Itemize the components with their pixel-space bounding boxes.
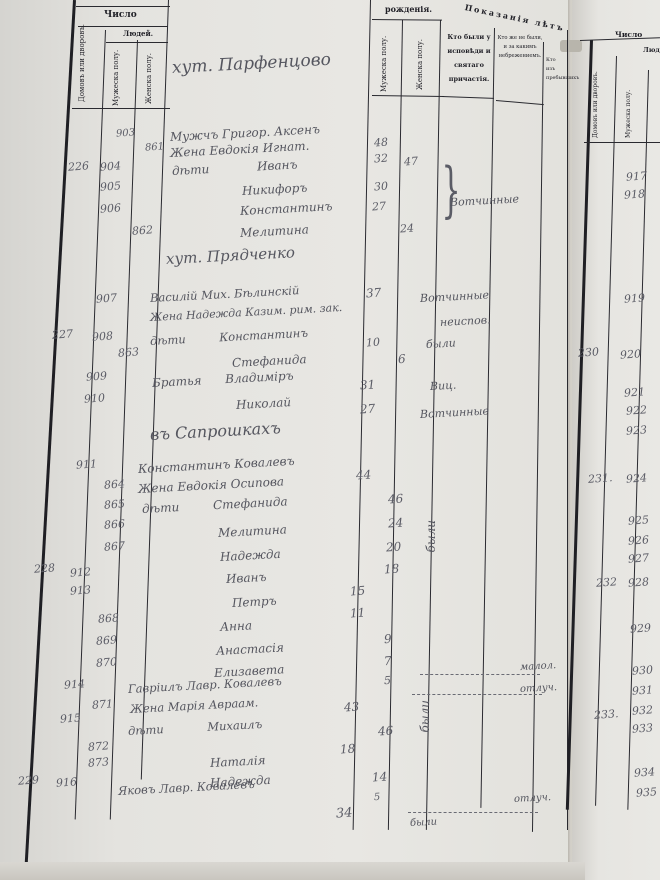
row-f-num: 862: [132, 223, 154, 237]
row-age-m: 18: [340, 741, 356, 756]
row-f-num: 861: [145, 141, 165, 153]
row-f-num: 871: [92, 697, 114, 711]
row-age-m: 10: [366, 336, 381, 350]
binding-clip: [560, 40, 582, 52]
male-num: 930: [632, 663, 654, 677]
house-num: 230: [578, 345, 600, 359]
male-num: 932: [632, 703, 654, 717]
row-m-num: 913: [70, 583, 92, 597]
right-header-lyudey: Людей.: [643, 46, 660, 54]
row-age-f: 46: [378, 723, 394, 738]
row-status-note: отлуч.: [520, 682, 558, 695]
row-m-num: 905: [100, 179, 122, 193]
row-age-f: 7: [384, 654, 393, 668]
row-m-num: 903: [116, 127, 136, 139]
row-age-f: 14: [372, 769, 388, 784]
row-f-num: 864: [104, 477, 126, 491]
male-num: 928: [628, 575, 650, 589]
row-age-m: 48: [374, 136, 389, 150]
left-page-edge: [567, 30, 568, 830]
row-age-m: 27: [372, 200, 387, 214]
male-num: 920: [620, 347, 642, 361]
male-num: 919: [624, 291, 646, 305]
row-confession-note: были: [426, 336, 456, 351]
row-age-m: 31: [360, 377, 376, 392]
male-num: 927: [628, 551, 650, 565]
row-age-f: 20: [386, 539, 402, 554]
male-num: 917: [626, 169, 648, 183]
page-bottom-edge: [0, 862, 585, 880]
row-m-num: 911: [76, 457, 98, 471]
row-status-note: отлуч.: [514, 792, 552, 805]
row-name: Николай: [236, 395, 292, 412]
right-header-chislo: Число: [615, 30, 642, 39]
row-f-num: 863: [118, 345, 140, 359]
header-zhen: Женска полу.: [145, 46, 153, 104]
header-kto-ne-byli: Кто же не были, и за какимъ небрежениемъ…: [496, 34, 544, 61]
male-num: 929: [630, 621, 652, 635]
header-rozhdeniya: рожденія.: [385, 4, 432, 14]
row-age-m: 34: [335, 805, 353, 821]
row-age-f: 24: [388, 515, 404, 530]
row-age-m: 32: [374, 152, 389, 166]
dash-leader: [420, 674, 540, 675]
header-kto-byli: Кто были у исповѣди и святаго причастія.: [444, 30, 494, 86]
male-num: 923: [626, 423, 648, 437]
row-house-num: 226: [68, 159, 90, 173]
row-m-num: 912: [70, 565, 92, 579]
row-house-num: 228: [34, 561, 56, 575]
row-age-f: 18: [384, 561, 400, 576]
row-age-m: 44: [356, 467, 372, 482]
row-age-m: 37: [366, 285, 382, 300]
row-name: Иванъ: [226, 570, 267, 586]
row-m-num: 909: [86, 369, 108, 383]
row-f-num: 868: [98, 611, 120, 625]
row-f-num: 867: [104, 539, 126, 553]
male-num: 924: [626, 471, 648, 485]
row-age-m: 43: [344, 699, 360, 714]
male-num: 922: [626, 403, 648, 417]
male-num: 925: [628, 513, 650, 527]
row-name: Анна: [220, 618, 253, 634]
row-m-num: 915: [60, 711, 82, 725]
header-kto-iz: Кто изъ пребывшихъ: [546, 56, 566, 83]
row-age-f: 46: [388, 491, 404, 506]
male-num: 918: [624, 187, 646, 201]
row-f-num: 873: [88, 755, 110, 769]
right-header-muzh: Мужеска полу.: [625, 60, 632, 138]
row-age-m: 15: [350, 583, 366, 598]
row-f-num: 866: [104, 517, 126, 531]
male-num: 935: [636, 785, 658, 799]
header-domov: Домовъ или дворовъ.: [78, 30, 86, 102]
row-house-num: 227: [52, 327, 74, 341]
row-m-num: 914: [64, 677, 86, 691]
row-f-num: 870: [96, 655, 118, 669]
row-confession-note: были: [410, 817, 438, 829]
male-num: 921: [624, 385, 646, 399]
male-num: 931: [632, 683, 654, 697]
row-f-num: 869: [96, 633, 118, 647]
row-age-f: 5: [384, 674, 392, 687]
male-num: 926: [628, 533, 650, 547]
right-header-bottom: [584, 142, 660, 143]
row-age-m: 11: [350, 605, 366, 620]
row-f-num: 865: [104, 497, 126, 511]
row-m-num: 904: [100, 159, 122, 173]
header-lyudey-rule: [106, 42, 168, 43]
row-confession-note: Виц.: [430, 379, 457, 393]
row-name: Наталія: [210, 753, 266, 770]
male-num: 933: [632, 721, 654, 735]
dash-leader: [408, 812, 538, 813]
header-muzh: Мужеска полу.: [112, 46, 120, 106]
row-age-f: 5: [374, 792, 381, 803]
house-num: 233.: [594, 707, 619, 722]
confession-column-mark: были: [418, 700, 432, 732]
right-header-domov: Домовъ или дворовъ.: [592, 62, 599, 138]
row-age-f: 9: [384, 632, 393, 646]
row-age-m: 27: [360, 401, 376, 416]
male-num: 934: [634, 765, 656, 779]
row-age-m: 30: [374, 180, 389, 194]
row-age-f: 47: [404, 155, 419, 169]
row-name: Петръ: [232, 594, 277, 610]
row-m-num: 906: [100, 201, 122, 215]
row-f-num: 872: [88, 739, 110, 753]
row-confession-note: неиспов.: [440, 313, 491, 329]
row-age-f: 6: [398, 352, 407, 366]
header-chislo: Число: [104, 10, 137, 20]
confession-column-mark: были: [424, 520, 438, 552]
header-bottom-rule-left: [72, 108, 170, 109]
header-age-muzh: Мужеска полу.: [380, 24, 388, 92]
row-status-note: малол.: [520, 660, 557, 673]
house-num: 231.: [588, 471, 613, 486]
bracket-icon: }: [442, 160, 461, 220]
header-chislo-rule: [78, 26, 168, 27]
header-age-zhen: Женска полу.: [416, 24, 424, 90]
row-age-f: 24: [400, 222, 415, 236]
row-m-num: 908: [92, 329, 114, 343]
row-house-num: 229: [18, 773, 40, 787]
row-m-num: 907: [96, 291, 118, 305]
header-top-rule: [76, 6, 170, 7]
row-m-num: 916: [56, 775, 78, 789]
row-m-num: 910: [84, 391, 106, 405]
header-lyudey: Людей.: [123, 29, 153, 38]
house-num: 232: [596, 575, 618, 589]
